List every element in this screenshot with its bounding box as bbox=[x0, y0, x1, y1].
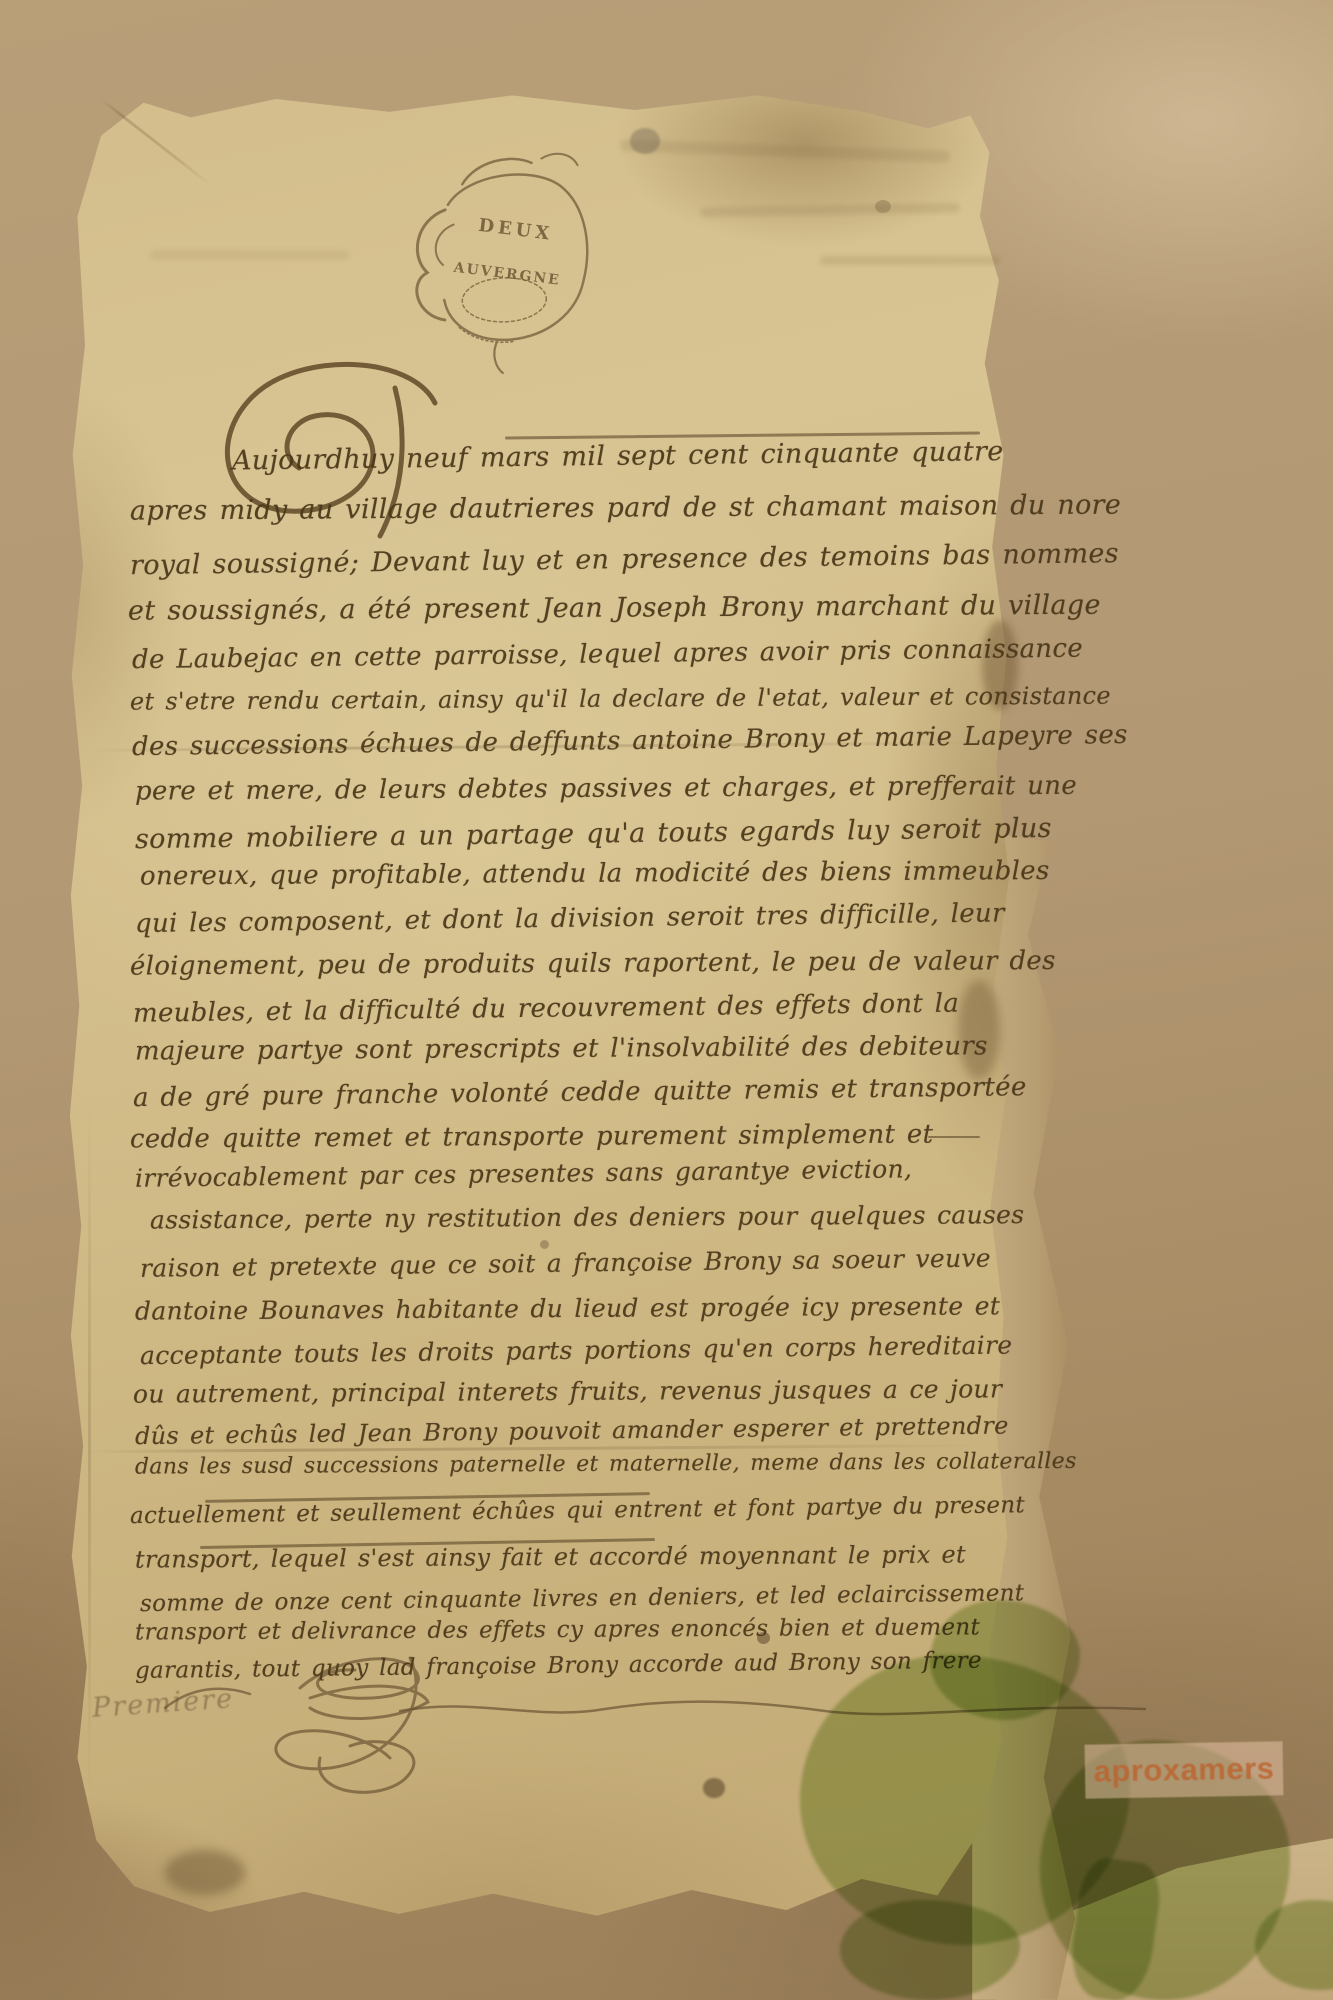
manuscript-line: a de gré pure franche volonté cedde quit… bbox=[133, 1073, 963, 1113]
manuscript-line: acceptante touts les droits parts portio… bbox=[140, 1331, 980, 1370]
watermark-text: aproxamers bbox=[1085, 1741, 1284, 1798]
manuscript-line: transport et delivrance des effets cy ap… bbox=[135, 1614, 970, 1645]
manuscript-line: et s'etre rendu certain, ainsy qu'il la … bbox=[130, 682, 980, 715]
manuscript-line: dans les susd successions paternelle et … bbox=[135, 1449, 990, 1479]
manuscript-line: actuellement et seullement échûes qui en… bbox=[130, 1493, 975, 1529]
photograph-background: { "manuscript": { "lines": [ "Aujourdhuy… bbox=[0, 0, 1333, 2000]
manuscript-line: qui les composent, et dont la division s… bbox=[135, 899, 960, 939]
manuscript-line: onereux, que profitable, attendu la modi… bbox=[140, 856, 965, 891]
manuscript-line: dûs et echûs led Jean Brony pouvoit aman… bbox=[135, 1412, 975, 1450]
manuscript-line: assistance, perte ny restitution des den… bbox=[150, 1201, 950, 1235]
manuscript-line: royal soussigné; Devant luy et en presen… bbox=[130, 540, 975, 581]
manuscript-line: raison et pretexte que ce soit a françoi… bbox=[140, 1244, 930, 1283]
manuscript-line: somme de onze cent cinquante livres en d… bbox=[140, 1581, 970, 1617]
manuscript-line: de Laubejac en cette parroisse, lequel a… bbox=[132, 635, 977, 675]
manuscript-line: des successions échues de deffunts antoi… bbox=[132, 722, 972, 762]
manuscript-line: pere et mere, de leurs debtes passives e… bbox=[135, 771, 965, 806]
manuscript-line: et soussignés, a été present Jean Joseph… bbox=[128, 590, 978, 626]
manuscript-line: éloignement, peu de produits quils rapor… bbox=[130, 946, 970, 981]
manuscript-line: irrévocablement par ces presentes sans g… bbox=[135, 1154, 915, 1193]
manuscript-line: majeure partye sont prescripts et l'inso… bbox=[135, 1032, 945, 1067]
manuscript-line: garantis, tout quoy lad françoise Brony … bbox=[135, 1648, 950, 1684]
manuscript-line: transport, lequel s'est ainsy fait et ac… bbox=[135, 1540, 975, 1573]
manuscript-line: apres midy au village dautrieres pard de… bbox=[130, 490, 975, 526]
manuscript-line: cedde quitte remet et transporte puremen… bbox=[130, 1120, 920, 1155]
manuscript-line: somme mobiliere a un partage qu'a touts … bbox=[135, 814, 965, 855]
manuscript-line: meubles, et la difficulté du recouvremen… bbox=[133, 989, 903, 1028]
manuscript-line: ou autrement, principal interets fruits,… bbox=[133, 1374, 978, 1408]
manuscript-line: Aujourdhuy neuf mars mil sept cent cinqu… bbox=[232, 437, 967, 477]
manuscript-line: dantoine Bounaves habitante du lieud est… bbox=[135, 1291, 980, 1325]
